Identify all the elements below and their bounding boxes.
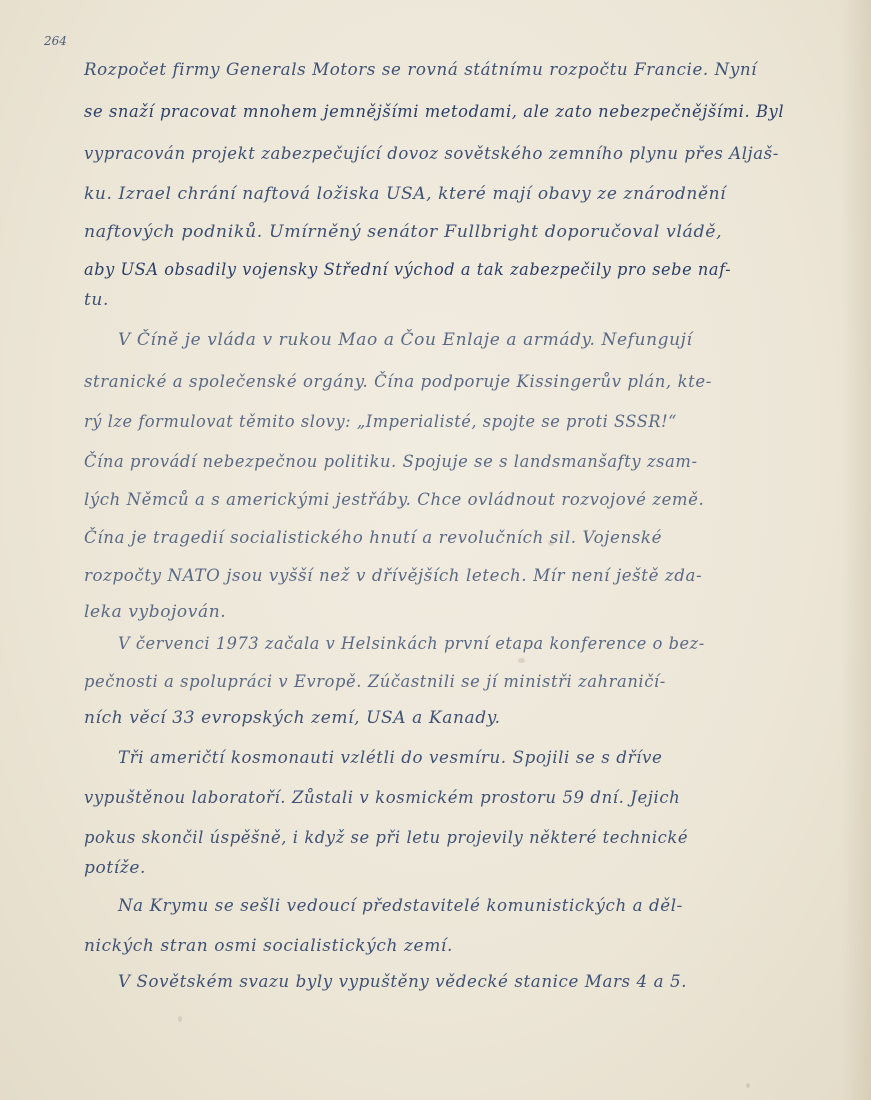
page-edge-shadow [841,0,871,1100]
text-line: pečnosti a spolupráci v Evropě. Zúčastni… [84,672,666,692]
text-line: vypuštěnou laboratoří. Zůstali v kosmick… [84,788,680,808]
text-line: Čína je tragedií socialistického hnutí a… [84,528,662,548]
paper-spot [178,1016,182,1022]
text-line: ku. Izrael chrání naftová ložiska USA, k… [84,184,726,204]
paper-spot [746,1083,750,1088]
manuscript-page: 264 Rozpočet firmy Generals Motors se ro… [0,0,871,1100]
text-line: Na Krymu se sešli vedoucí představitelé … [118,896,683,916]
text-line: Čína provádí nebezpečnou politiku. Spoju… [84,452,698,472]
text-line: stranické a společenské orgány. Čína pod… [84,372,712,392]
text-line: V Sovětském svazu byly vypuštěny vědecké… [118,972,687,992]
text-line: vypracován projekt zabezpečující dovoz s… [84,144,779,164]
text-line: naftových podniků. Umírněný senátor Full… [84,222,722,242]
text-line: Tři američtí kosmonauti vzlétli do vesmí… [118,748,662,768]
text-line: rý lze formulovat těmito slovy: „Imperia… [84,412,677,432]
paper-spot [548,540,554,546]
text-line: se snaží pracovat mnohem jemnějšími meto… [84,102,784,122]
text-line: lých Němců a s americkými jestřáby. Chce… [84,490,704,510]
text-line: V červenci 1973 začala v Helsinkách prvn… [118,634,705,654]
text-line: leka vybojován. [84,602,226,622]
text-line: tu. [84,290,109,310]
text-line: Rozpočet firmy Generals Motors se rovná … [84,60,757,80]
text-line: aby USA obsadily vojensky Střední východ… [84,260,731,280]
page-number: 264 [44,34,67,48]
text-line: V Číně je vláda v rukou Mao a Čou Enlaje… [118,330,693,350]
text-line: nických stran osmi socialistických zemí. [84,936,453,956]
paper-spot [518,658,525,663]
text-line: potíže. [84,858,146,878]
text-line: ních věcí 33 evropských zemí, USA a Kana… [84,708,501,728]
text-line: pokus skončil úspěšně, i když se při let… [84,828,688,848]
text-line: rozpočty NATO jsou vyšší než v dřívějšíc… [84,566,702,586]
